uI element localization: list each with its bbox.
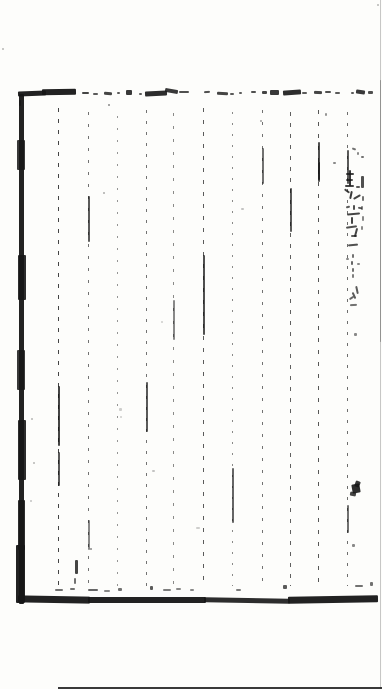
bottom-border [288,595,378,604]
column-emphasis [203,255,205,335]
margin-fragment [352,544,355,547]
margin-fragment [353,194,361,200]
margin-fragment [352,274,354,278]
ink-marks-layer [0,0,382,689]
speck [152,470,155,472]
bottom-border [163,589,171,591]
margin-fragment [353,205,355,210]
column-emphasis [173,300,175,340]
margin-fragment [362,216,364,221]
top-border [314,91,322,94]
margin-fragment [350,492,357,497]
scan-right-edge-line [380,0,381,689]
top-border [204,91,210,94]
top-border [270,90,279,95]
top-border [368,91,373,94]
bottom-border [74,578,76,584]
speck [19,100,21,106]
bottom-border [150,586,153,590]
column-emphasis [232,468,234,523]
margin-fragment [358,207,362,210]
speck [325,113,327,116]
speck [120,416,122,418]
bottom-border [190,589,194,591]
margin-fragment [361,156,364,158]
column-emphasis [58,386,60,446]
margin-fragment [350,304,357,306]
top-border [262,91,267,94]
margin-fragment [345,185,354,187]
margin-fragment [352,147,356,150]
margin-fragment [348,244,358,247]
left-border [17,350,25,390]
top-border [251,91,256,93]
speck [108,104,110,106]
speck [30,500,32,502]
speck [2,48,4,50]
margin-fragment [357,263,360,265]
column-emphasis [58,452,60,486]
bottom-border [118,588,122,591]
margin-fragment [346,179,353,181]
bottom-border [75,560,78,574]
bottom-border [88,597,206,603]
top-border [356,89,365,94]
margin-fragment [362,196,364,201]
bottom-border [204,597,290,604]
top-border [351,92,354,94]
top-border [230,93,234,95]
left-border [17,140,25,170]
top-border [145,90,167,96]
speck [161,321,163,323]
column-emphasis [347,505,349,533]
bottom-border [236,589,241,591]
top-border [239,92,242,94]
margin-fragment [352,268,354,272]
column-emphasis [88,520,90,550]
top-border [93,93,98,95]
margin-fragment [361,176,364,188]
column-emphasis [146,382,148,432]
bottom-border [176,588,181,590]
bottom-border [355,585,363,587]
margin-fragment [351,235,357,237]
top-border [82,92,89,94]
left-border [18,255,26,300]
speck [33,462,35,464]
top-border [42,89,76,96]
bottom-border [283,585,287,589]
left-border [16,545,25,603]
top-border [139,93,142,95]
margin-fragment [357,152,359,155]
bottom-border [104,590,110,592]
margin-fragment [351,217,353,224]
speck [31,418,33,420]
margin-fragment [354,333,357,336]
top-border [126,90,132,95]
bottom-border [55,589,63,591]
margin-fragment [344,188,350,193]
column-emphasis [290,188,292,232]
bottom-border [18,595,90,603]
bottom-border [370,582,373,586]
scanned-book-page [0,0,382,689]
column-emphasis [262,148,264,184]
bottom-border [88,589,98,591]
speck [241,208,244,210]
bottom-border [70,588,75,590]
margin-fragment [347,212,360,215]
speck [377,4,379,6]
margin-fragment [346,258,349,260]
speck [90,548,92,550]
margin-fragment [361,226,363,230]
speck [333,162,336,164]
left-border [18,500,25,550]
column-emphasis [88,196,90,242]
top-border [335,92,340,94]
top-border [325,91,331,93]
margin-fragment [352,254,354,258]
speck [119,408,122,411]
top-border [302,92,307,94]
margin-fragment [346,206,350,209]
margin-fragment [346,173,354,175]
top-border [117,92,120,94]
top-border [283,89,301,95]
speck [260,120,262,122]
top-border [179,91,189,93]
speck [103,192,105,194]
top-border [104,92,112,96]
margin-fragment [356,186,360,188]
column-emphasis [318,162,320,180]
margin-fragment [351,261,353,265]
margin-fragment [355,286,359,294]
top-border [217,92,228,96]
left-border [18,420,26,480]
speck [196,527,200,529]
